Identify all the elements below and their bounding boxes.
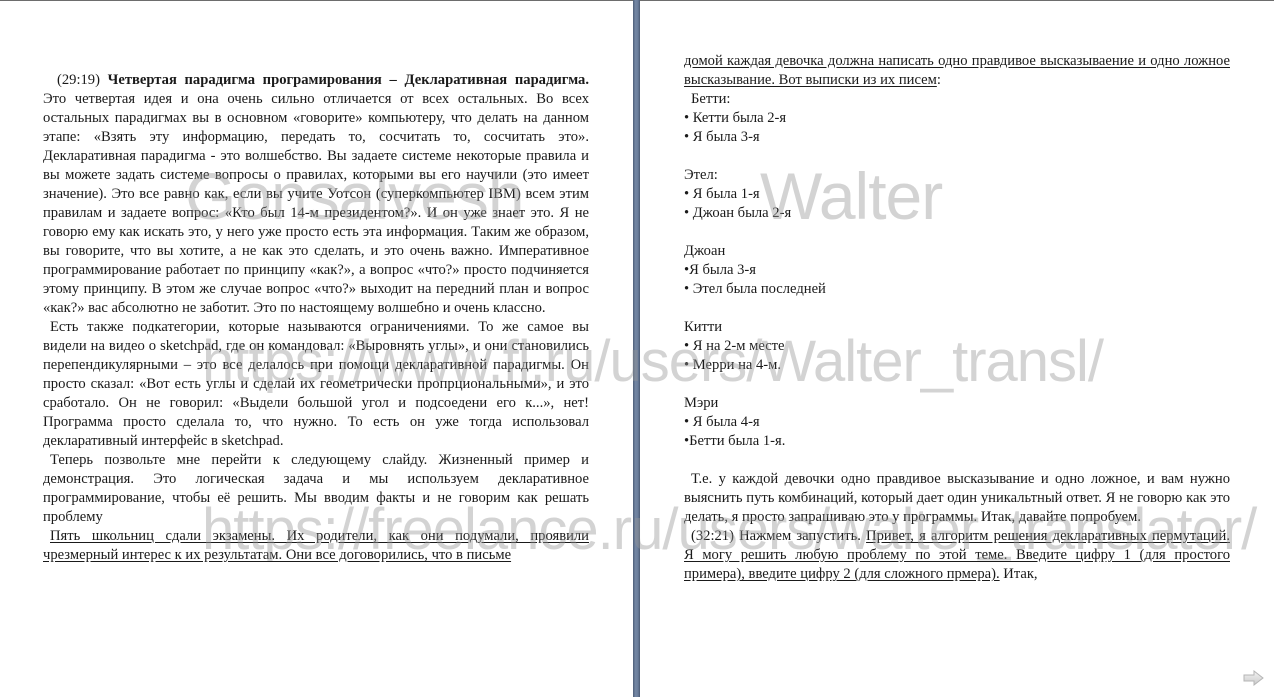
statement-mary: Мэри • Я была 4-я •Бетти была 1-я. <box>684 394 1230 451</box>
document-page-left: (29:19) Четвертая парадигма програмирова… <box>0 1 633 697</box>
statement-item: • Мерри на 4-м. <box>684 356 1230 375</box>
statement-joan: Джоан •Я была 3-я • Этел была последней <box>684 242 1230 299</box>
underlined-text: Пять школьниц сдали экзамены. Их родител… <box>43 528 589 563</box>
statement-item: • Я на 2-м месте <box>684 337 1230 356</box>
paragraph-text: Теперь позвольте мне перейти к следующем… <box>43 452 589 525</box>
paragraph-puzzle-intro: Пять школьниц сдали экзамены. Их родител… <box>43 527 589 565</box>
document-page-right: домой каждая девочка должна написать одн… <box>640 1 1274 697</box>
statement-ethel: Этел: • Я была 1-я • Джоан была 2-я <box>684 166 1230 223</box>
right-page-text: домой каждая девочка должна написать одн… <box>684 52 1230 584</box>
paragraph-constraints: Есть также подкатегории, которые называю… <box>43 318 589 451</box>
speaker-name: Джоан <box>684 242 1230 261</box>
statement-item: • Я была 1-я <box>684 185 1230 204</box>
statement-item: • Я была 4-я <box>684 413 1230 432</box>
paragraph-run-program: (32:21) Нажмем запустить. Привет, я алго… <box>684 527 1230 584</box>
speaker-name: Китти <box>684 318 1230 337</box>
statement-item: •Я была 3-я <box>684 261 1230 280</box>
paragraph-text: Т.е. у каждой девочки одно правдивое выс… <box>684 471 1230 525</box>
paragraph-text: Это четвертая идея и она очень сильно от… <box>43 91 589 316</box>
statement-item: • Джоан была 2-я <box>684 204 1230 223</box>
statement-item: • Я была 3-я <box>684 128 1230 147</box>
section-heading: Четвертая парадигма програмирования – Де… <box>108 72 589 88</box>
paragraph-next-slide: Теперь позвольте мне перейти к следующем… <box>43 451 589 527</box>
paragraph-text: Есть также подкатегории, которые называю… <box>43 319 589 449</box>
speaker-name: Этел: <box>684 166 1230 185</box>
statement-item: • Этел была последней <box>684 280 1230 299</box>
page-divider <box>633 0 640 697</box>
speaker-name: Мэри <box>684 394 1230 413</box>
statement-betty: Бетти: • Кетти была 2-я • Я была 3-я <box>684 90 1230 147</box>
statement-item: • Кетти была 2-я <box>684 109 1230 128</box>
paragraph-declarative-paradigm: (29:19) Четвертая парадигма програмирова… <box>43 71 589 318</box>
left-page-text: (29:19) Четвертая парадигма програмирова… <box>43 71 589 565</box>
timestamp: (32:21) <box>691 528 734 544</box>
paragraph-puzzle-continued: домой каждая девочка должна написать одн… <box>684 52 1230 90</box>
underlined-text: домой каждая девочка должна написать одн… <box>684 53 1230 88</box>
paragraph-summary: Т.е. у каждой девочки одно правдивое выс… <box>684 470 1230 527</box>
timestamp: (29:19) <box>57 72 100 88</box>
statement-item: •Бетти была 1-я. <box>684 432 1230 451</box>
right-arrow-icon[interactable] <box>1243 670 1265 686</box>
statement-kitty: Китти • Я на 2-м месте • Мерри на 4-м. <box>684 318 1230 375</box>
speaker-name: Бетти: <box>684 90 1230 109</box>
